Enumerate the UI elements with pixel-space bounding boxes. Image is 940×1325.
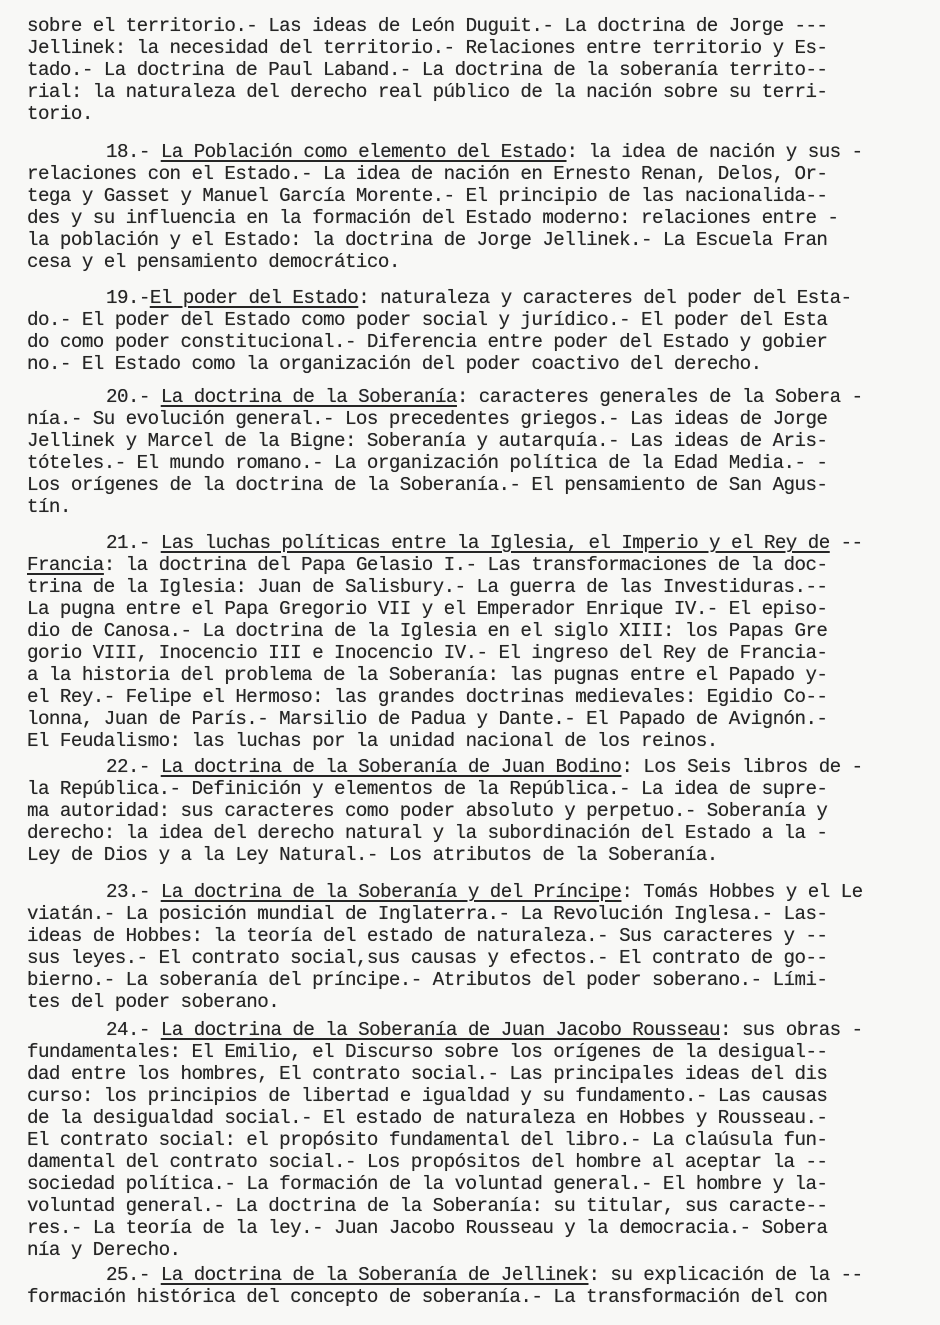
text-line: formación histórica del concepto de sobe… <box>27 1286 917 1308</box>
text-line: tado.- La doctrina de Paul Laband.- La d… <box>27 59 917 81</box>
text-fragment: : Tomás Hobbes y el Le <box>621 881 862 903</box>
section-heading-line: 24.- La doctrina de la Soberanía de Juan… <box>27 1019 917 1041</box>
section-heading-line: 23.- La doctrina de la Soberanía y del P… <box>27 881 917 903</box>
text-line: El Feudalismo: las luchas por la unidad … <box>27 730 917 752</box>
section-title: La doctrina de la Soberanía de Jellinek <box>161 1264 589 1286</box>
text-line: de la desigualdad social.- El estado de … <box>27 1107 917 1129</box>
text-line: relaciones con el Estado.- La idea de na… <box>27 163 917 185</box>
text-line: cesa y el pensamiento democrático. <box>27 251 917 273</box>
section-21: 21.- Las luchas políticas entre la Igles… <box>27 532 917 752</box>
text-line: tes del poder soberano. <box>27 991 917 1013</box>
section-title: El poder del Estado <box>150 287 358 309</box>
section-heading-line: 18.- La Población como elemento del Esta… <box>27 141 917 163</box>
section-heading-line: 20.- La doctrina de la Soberanía: caract… <box>27 386 917 408</box>
text-line: nía y Derecho. <box>27 1239 917 1261</box>
section-18: 18.- La Población como elemento del Esta… <box>27 141 917 273</box>
section-heading-line: 21.- Las luchas políticas entre la Igles… <box>27 532 917 554</box>
text-line: sociedad política.- La formación de la v… <box>27 1173 917 1195</box>
text-line: sus leyes.- El contrato social,sus causa… <box>27 947 917 969</box>
text-line: el Rey.- Felipe el Hermoso: las grandes … <box>27 686 917 708</box>
text-fragment: : Los Seis libros de - <box>621 756 862 778</box>
section-number: 25.- <box>106 1264 161 1286</box>
section-number: 19.- <box>106 287 150 309</box>
text-fragment: : la doctrina del Papa Gelasio I.- Las t… <box>104 554 828 576</box>
text-line: La pugna entre el Papa Gregorio VII y el… <box>27 598 917 620</box>
section-23: 23.- La doctrina de la Soberanía y del P… <box>27 881 917 1013</box>
text-line: viatán.- La posición mundial de Inglater… <box>27 903 917 925</box>
section-title-continuation: Francia <box>27 554 104 576</box>
section-number: 20.- <box>106 386 161 408</box>
text-line: derecho: la idea del derecho natural y l… <box>27 822 917 844</box>
text-line: ma autoridad: sus caracteres como poder … <box>27 800 917 822</box>
text-line: no.- El Estado como la organización del … <box>27 353 917 375</box>
section-heading-line: 22.- La doctrina de la Soberanía de Juan… <box>27 756 917 778</box>
text-line: do como poder constitucional.- Diferenci… <box>27 331 917 353</box>
text-line: trina de la Iglesia: Juan de Salisbury.-… <box>27 576 917 598</box>
section-heading-line: 25.- La doctrina de la Soberanía de Jell… <box>27 1264 917 1286</box>
section-heading-continuation-line: Francia: la doctrina del Papa Gelasio I.… <box>27 554 917 576</box>
text-line: la población y el Estado: la doctrina de… <box>27 229 917 251</box>
section-title: La Población como elemento del Estado <box>161 141 567 163</box>
text-line: gorio VIII, Inocencio III e Inocencio IV… <box>27 642 917 664</box>
text-line: la República.- Definición y elementos de… <box>27 778 917 800</box>
text-line: res.- La teoría de la ley.- Juan Jacobo … <box>27 1217 917 1239</box>
section-number: 22.- <box>106 756 161 778</box>
section-number: 21.- <box>106 532 161 554</box>
text-fragment: : su explicación de la -- <box>588 1264 862 1286</box>
section-heading-line: 19.-El poder del Estado: naturaleza y ca… <box>27 287 917 309</box>
text-line: curso: los principios de libertad e igua… <box>27 1085 917 1107</box>
section-title: La doctrina de la Soberanía <box>161 386 457 408</box>
text-line: des y su influencia en la formación del … <box>27 207 917 229</box>
text-line: torio. <box>27 103 917 125</box>
section-title: La doctrina de la Soberanía de Juan Jaco… <box>161 1019 720 1041</box>
section-19: 19.-El poder del Estado: naturaleza y ca… <box>27 287 917 375</box>
text-line: Ley de Dios y a la Ley Natural.- Los atr… <box>27 844 917 866</box>
text-line: dio de Canosa.- La doctrina de la Iglesi… <box>27 620 917 642</box>
section-20: 20.- La doctrina de la Soberanía: caract… <box>27 386 917 518</box>
text-fragment: : naturaleza y caracteres del poder del … <box>358 287 851 309</box>
text-line: El contrato social: el propósito fundame… <box>27 1129 917 1151</box>
section-title: La doctrina de la Soberanía y del Prínci… <box>161 881 622 903</box>
section-title: Las luchas políticas entre la Iglesia, e… <box>161 532 830 554</box>
section-number: 24.- <box>106 1019 161 1041</box>
document-page: sobre el territorio.- Las ideas de León … <box>0 0 940 1325</box>
text-line: do.- El poder del Estado como poder soci… <box>27 309 917 331</box>
section-25: 25.- La doctrina de la Soberanía de Jell… <box>27 1264 917 1308</box>
text-line: nía.- Su evolución general.- Los precede… <box>27 408 917 430</box>
text-line: lonna, Juan de París.- Marsilio de Padua… <box>27 708 917 730</box>
text-fragment: -- <box>830 532 863 554</box>
text-line: Jellinek y Marcel de la Bigne: Soberanía… <box>27 430 917 452</box>
section-22: 22.- La doctrina de la Soberanía de Juan… <box>27 756 917 866</box>
section-number: 23.- <box>106 881 161 903</box>
text-line: ideas de Hobbes: la teoría del estado de… <box>27 925 917 947</box>
text-line: tín. <box>27 496 917 518</box>
text-line: dad entre los hombres, El contrato socia… <box>27 1063 917 1085</box>
text-line: damental del contrato social.- Los propó… <box>27 1151 917 1173</box>
section-number: 18.- <box>106 141 161 163</box>
text-line: tóteles.- El mundo romano.- La organizac… <box>27 452 917 474</box>
section-title: La doctrina de la Soberanía de Juan Bodi… <box>161 756 622 778</box>
text-fragment: : la idea de nación y sus - <box>567 141 863 163</box>
text-line: Jellinek: la necesidad del territorio.- … <box>27 37 917 59</box>
section-24: 24.- La doctrina de la Soberanía de Juan… <box>27 1019 917 1261</box>
text-line: bierno.- La soberanía del príncipe.- Atr… <box>27 969 917 991</box>
text-line: a la historia del problema de la Soberan… <box>27 664 917 686</box>
text-line: tega y Gasset y Manuel García Morente.- … <box>27 185 917 207</box>
text-line: fundamentales: El Emilio, el Discurso so… <box>27 1041 917 1063</box>
paragraph-continuation: sobre el territorio.- Las ideas de León … <box>27 15 917 125</box>
text-line: voluntad general.- La doctrina de la Sob… <box>27 1195 917 1217</box>
text-line: sobre el territorio.- Las ideas de León … <box>27 15 917 37</box>
text-line: rial: la naturaleza del derecho real púb… <box>27 81 917 103</box>
text-fragment: : sus obras - <box>720 1019 863 1041</box>
text-line: Los orígenes de la doctrina de la Sobera… <box>27 474 917 496</box>
text-fragment: : caracteres generales de la Sobera - <box>457 386 863 408</box>
